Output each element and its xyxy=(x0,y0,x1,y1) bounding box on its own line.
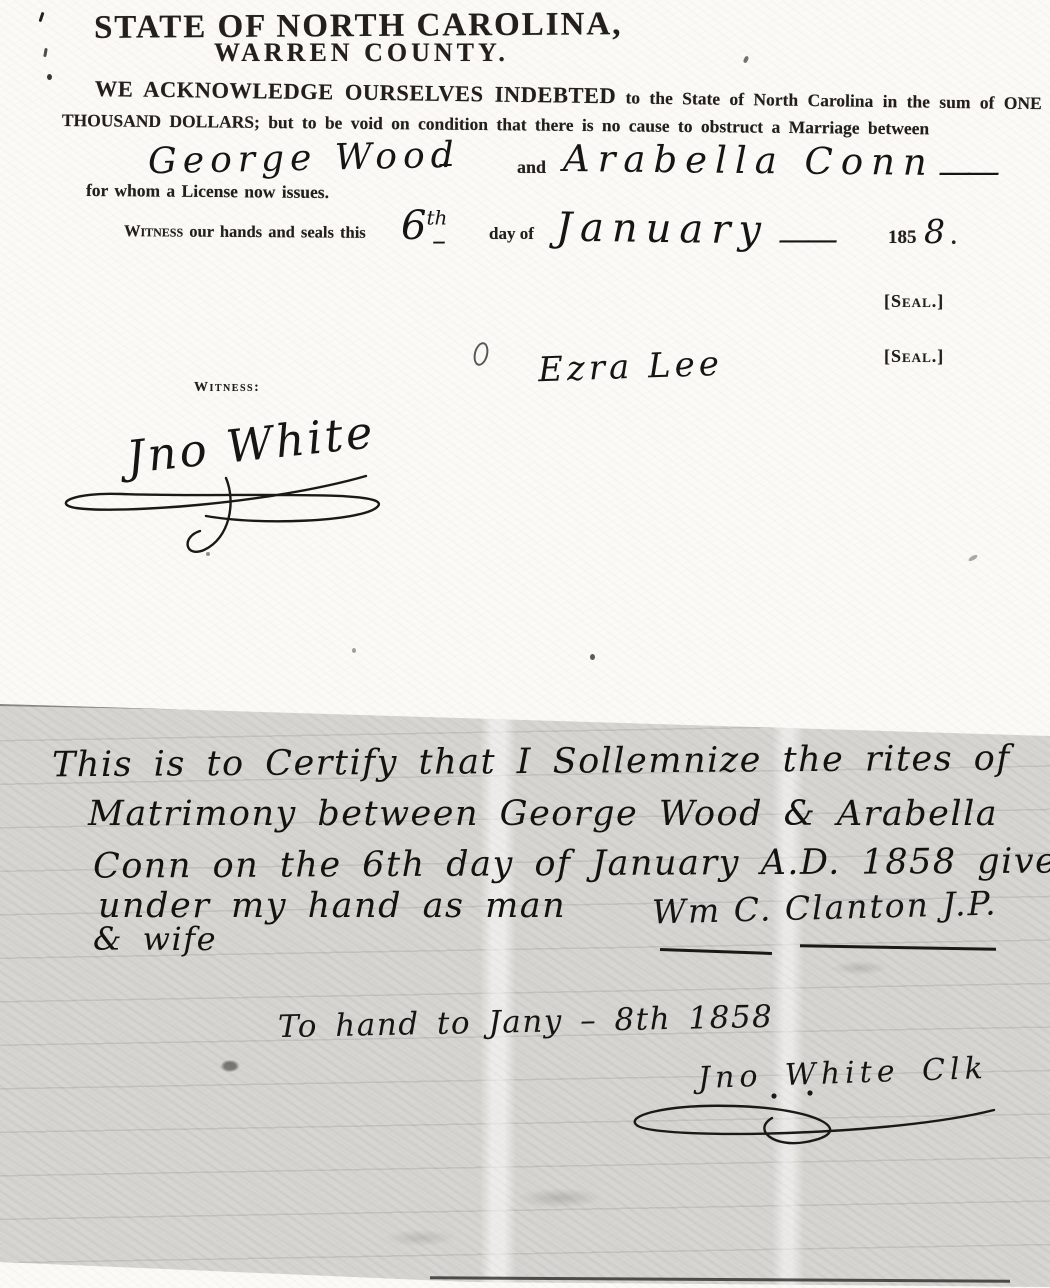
groom-name-handwritten: George Wood xyxy=(148,135,460,183)
certificate-line-3: Conn on the 6th day of January A.D. 1858… xyxy=(93,841,1050,886)
seal-marker-2: [Seal.] xyxy=(884,346,944,367)
witness-word: Witness xyxy=(124,221,183,240)
witness-seals-line: Witness our hands and seals this xyxy=(124,221,366,243)
bride-dash: —— xyxy=(938,152,994,192)
license-issue-line: for whom a License now issues. xyxy=(86,180,329,203)
county-title: WARREN COUNTY. xyxy=(214,38,509,68)
certificate-line-2: Matrimony between George Wood & Arabella xyxy=(88,794,998,834)
oath-line-1-rest: to the State of North Carolina in the su… xyxy=(625,87,1041,113)
paper-edge-top-line xyxy=(0,700,1050,735)
year-period: . xyxy=(951,224,957,250)
certificate-line-5: & wife xyxy=(93,920,217,958)
month-handwritten: January xyxy=(556,205,770,254)
bride-name-handwritten: Arabella Conn xyxy=(563,137,935,184)
year-handwritten-digit: 8 xyxy=(924,212,945,251)
received-note: To hand to Jany – 8th 1858 xyxy=(278,999,774,1045)
ink-speck xyxy=(590,654,595,660)
certificate-line-1: This is to Certify that I Sollemnize the… xyxy=(52,739,1011,786)
ink-speck xyxy=(968,554,979,562)
officiant-signature-underline xyxy=(660,948,772,955)
month-dash: —— xyxy=(778,220,834,258)
officiant-signature: Wm C. Clanton J.P. xyxy=(652,883,998,931)
and-label: and xyxy=(517,157,546,178)
seal-marker-1: [Seal.] xyxy=(884,291,944,312)
officiant-signature-underline xyxy=(800,944,996,950)
day-of-label: day of xyxy=(489,224,534,244)
principal-signature: Ezra Lee xyxy=(537,344,723,390)
paper-edge-top-line-faint xyxy=(0,704,430,714)
witness-label: Witness: xyxy=(194,380,260,396)
witness-signature-flourish xyxy=(58,468,398,563)
certificate-paper: This is to Certify that I Sollemnize the… xyxy=(0,698,1050,1288)
groom-dash: – xyxy=(438,146,453,181)
ink-speck xyxy=(352,648,356,653)
ink-stain-oval xyxy=(471,341,490,368)
day-dash: – xyxy=(432,224,446,257)
marriage-bond-scan: STATE OF NORTH CAROLINA, } WARREN COUNTY… xyxy=(0,0,1050,1288)
witness-rest: our hands and seals this xyxy=(189,222,366,242)
paper-edge-bottom-line xyxy=(430,1276,1010,1282)
oath-line-2: THOUSAND DOLLARS; but to be void on cond… xyxy=(62,110,929,139)
year-printed-prefix: 185 xyxy=(888,227,917,249)
clerk-signature-flourish xyxy=(622,1090,1014,1152)
